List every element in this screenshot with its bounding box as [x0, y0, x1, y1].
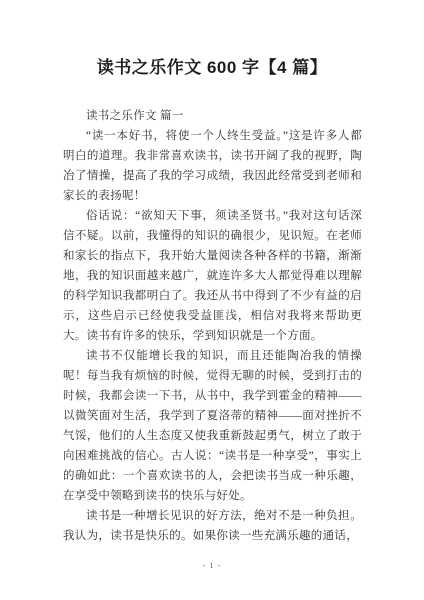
essay-paragraph: 俗话说：“欲知天下事，须读圣贤书。”我对这句话深信不疑。以前，我懂得的知识的确很…	[63, 206, 362, 346]
document-page: 读书之乐作文 600 字【4 篇】 读书之乐作文 篇一 “读一本好书，将使一个人…	[0, 0, 424, 600]
page-number: - 1 -	[0, 560, 424, 570]
essay-paragraph: 读书是一种增长见识的好方法，绝对不是一种负担。我认为，读书是快乐的。如果你读一些…	[63, 506, 362, 546]
essay-subtitle: 读书之乐作文 篇一	[63, 106, 362, 126]
document-title: 读书之乐作文 600 字【4 篇】	[0, 0, 424, 79]
essay-paragraph: 读书不仅能增长我的知识，而且还能陶冶我的情操呢！每当我有烦恼的时候，觉得无聊的时…	[63, 346, 362, 506]
essay-paragraph: “读一本好书，将使一个人终生受益。”这是许多人都明白的道理。我非常喜欢读书，读书…	[63, 126, 362, 206]
document-body: 读书之乐作文 篇一 “读一本好书，将使一个人终生受益。”这是许多人都明白的道理。…	[63, 106, 362, 546]
